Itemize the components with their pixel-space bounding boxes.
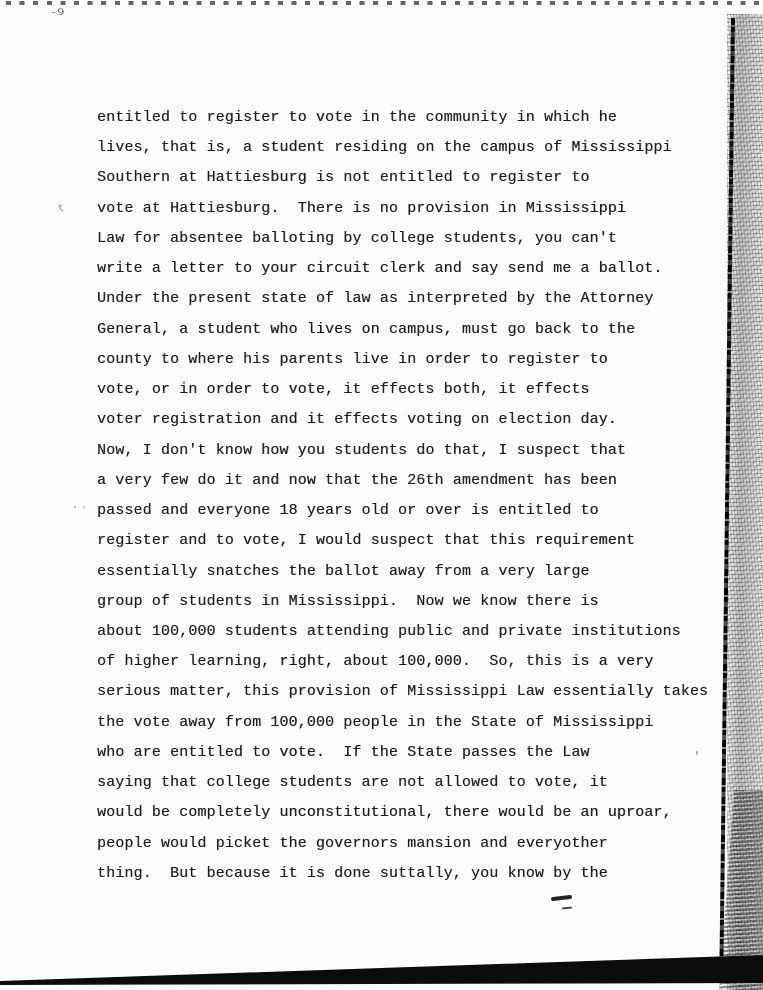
text-line: entitled to register to vote in the comm… — [97, 103, 737, 133]
ink-smudge-mark — [551, 895, 572, 902]
text-line: group of students in Mississippi. Now we… — [97, 587, 737, 617]
text-line: lives, that is, a student residing on th… — [97, 133, 737, 163]
text-line: Under the present state of law as interp… — [97, 284, 737, 314]
text-line: would be completely unconstitutional, th… — [97, 798, 737, 828]
text-line: about 100,000 students attending public … — [97, 617, 737, 647]
text-line: vote at Hattiesburg. There is no provisi… — [97, 194, 737, 224]
text-line: Law for absentee balloting by college st… — [97, 224, 737, 254]
scan-edge-bottom-band — [0, 945, 763, 990]
text-line: people would picket the governors mansio… — [97, 829, 737, 859]
text-line: Southern at Hattiesburg is not entitled … — [97, 163, 737, 193]
ink-smudge-mark — [562, 907, 572, 910]
text-line: county to where his parents live in orde… — [97, 345, 737, 375]
stray-mark-margin-tick: t — [57, 202, 65, 214]
scanned-page: -9 t .. ' entitled to register to vote i… — [0, 0, 763, 990]
text-line: serious matter, this provision of Missis… — [97, 677, 737, 707]
text-line: register and to vote, I would suspect th… — [97, 526, 737, 556]
text-line: voter registration and it effects voting… — [97, 405, 737, 435]
text-line: saying that college students are not all… — [97, 768, 737, 798]
text-line: passed and everyone 18 years old or over… — [97, 496, 737, 526]
stray-mark-margin-dots: .. — [72, 498, 89, 511]
text-line: essentially snatches the ballot away fro… — [97, 557, 737, 587]
text-line: who are entitled to vote. If the State p… — [97, 738, 737, 768]
stray-mark-top-left: -9 — [50, 7, 65, 18]
text-line: the vote away from 100,000 people in the… — [97, 708, 737, 738]
document-body: entitled to register to vote in the comm… — [97, 103, 737, 889]
text-line: Now, I don't know how you students do th… — [97, 436, 737, 466]
text-line: vote, or in order to vote, it effects bo… — [97, 375, 737, 405]
text-line: thing. But because it is done suttally, … — [97, 859, 737, 889]
text-line: General, a student who lives on campus, … — [97, 315, 737, 345]
text-line: a very few do it and now that the 26th a… — [97, 466, 737, 496]
text-line: write a letter to your circuit clerk and… — [97, 254, 737, 284]
text-line: of higher learning, right, about 100,000… — [97, 647, 737, 677]
scan-edge-top-dotted — [6, 1, 763, 5]
